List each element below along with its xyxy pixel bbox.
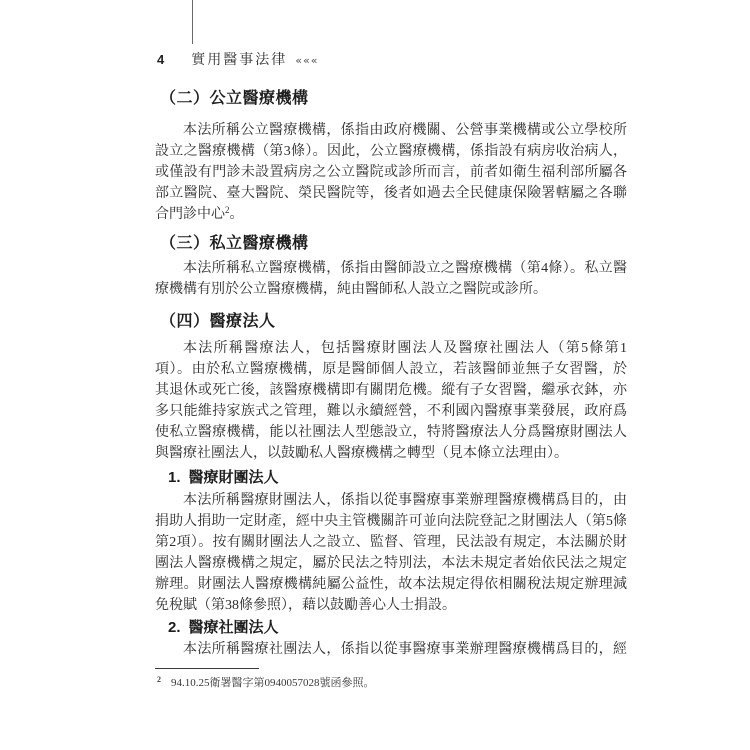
paragraph-line: 其退休或死亡後，該醫療機構即有關閉危機。縱有子女習醫，繼承衣鉢，亦 — [155, 380, 627, 401]
paragraph-line: 捐助人捐助一定財產，經中央主管機關許可並向法院登記之財團法人（第5條 — [155, 511, 627, 532]
paragraph-line: 部立醫院、臺大醫院、榮民醫院等，後者如過去全民健康保險署轄屬之各聯 — [155, 183, 627, 204]
paragraph-line: 本法所稱醫療財團法人，係指以從事醫療事業辦理醫療機構爲目的，由 — [155, 490, 627, 511]
paragraph-medical-legal-persons: 本法所稱醫療法人，包括醫療財團法人及醫療社團法人（第5條第1 項）。由於私立醫療… — [155, 338, 627, 464]
paragraph-line: 本法所稱醫療法人，包括醫療財團法人及醫療社團法人（第5條第1 — [155, 338, 627, 359]
subsection-title: 醫療財團法人 — [189, 469, 279, 486]
paragraph-line: 辦理。財團法人醫療機構純屬公益性，故本法規定得依相關稅法規定辦理減 — [155, 574, 627, 595]
paragraph-public-institutions: 本法所稱公立醫療機構，係指由政府機關、公營事業機構或公立學校所 設立之醫療機構（… — [155, 120, 627, 225]
line-text: 。 — [230, 207, 244, 222]
paragraph-line: 本法所稱醫療社團法人，係指以從事醫療事業辦理醫療機構爲目的，經 — [155, 639, 627, 660]
footnote-rule — [155, 668, 259, 669]
paragraph-line: 團法人醫療機構之規定，屬於民法之特別法，本法未規定者始依民法之規定 — [155, 553, 627, 574]
page-header: 4 實用醫事法律 ««« — [157, 49, 627, 69]
paragraph-line: 本法所稱私立醫療機構，係指由醫師設立之醫療機構（第4條）。私立醫 — [155, 258, 627, 279]
section-heading-medical-legal-persons: （四）醫療法人 — [160, 311, 627, 333]
book-title: 實用醫事法律 — [191, 49, 287, 69]
paragraph-line: 或僅設有門診未設置病房之公立醫院或診所而言，前者如衛生福利部所屬各 — [155, 162, 627, 183]
section-heading-public-institutions: （二）公立醫療機構 — [160, 88, 627, 110]
footnote: 294.10.25衛署醫字第0940057028號函參照。 — [157, 674, 375, 690]
crop-mark — [192, 0, 193, 44]
paragraph-line: 項）。由於私立醫療機構，原是醫師個人設立，若該醫師並無子女習醫，於 — [155, 359, 627, 380]
subsection-title: 醫療社團法人 — [189, 619, 279, 636]
paragraph-line: 合門診中心2。 — [155, 204, 627, 225]
book-page: { "header": { "page_number": "4", "book_… — [0, 0, 750, 750]
paragraph-line: 使私立醫療機構，能以社團法人型態設立，特將醫療法人分爲醫療財團法人 — [155, 422, 627, 443]
paragraph-line: 免稅賦（第38條參照），藉以鼓勵善心人士捐設。 — [155, 595, 627, 616]
subsection-number: 2. — [168, 619, 181, 636]
footnote-marker: 2 — [157, 675, 161, 684]
page-number: 4 — [157, 52, 164, 67]
paragraph-line: 設立之醫療機構（第3條）。因此，公立醫療機構，係指設有病房收治病人， — [155, 141, 627, 162]
line-text: 合門診中心 — [155, 207, 225, 222]
paragraph-private-institutions: 本法所稱私立醫療機構，係指由醫師設立之醫療機構（第4條）。私立醫 療機構有別於公… — [155, 258, 627, 300]
section-heading-private-institutions: （三）私立醫療機構 — [160, 233, 627, 255]
subsection-heading-medical-foundation: 1.醫療財團法人 — [168, 467, 627, 488]
paragraph-line: 第2項）。按有關財團法人之設立、監督、管理，民法設有規定，本法關於財 — [155, 532, 627, 553]
paragraph-line: 本法所稱公立醫療機構，係指由政府機關、公營事業機構或公立學校所 — [155, 120, 627, 141]
subsection-heading-medical-corporation: 2.醫療社團法人 — [168, 617, 627, 638]
page-content: （二）公立醫療機構 本法所稱公立醫療機構，係指由政府機關、公營事業機構或公立學校… — [155, 88, 627, 660]
paragraph-medical-corporation: 本法所稱醫療社團法人，係指以從事醫療事業辦理醫療機構爲目的，經 — [155, 639, 627, 660]
paragraph-line: 療機構有別於公立醫療機構，純由醫師私人設立之醫院或診所。 — [155, 279, 627, 300]
subsection-number: 1. — [168, 469, 181, 486]
paragraph-line: 與醫療社團法人，以鼓勵私人醫療機構之轉型（見本條立法理由）。 — [155, 443, 627, 464]
paragraph-line: 多只能維持家族式之管理，難以永續經營，不利國內醫療事業發展，政府爲 — [155, 401, 627, 422]
paragraph-medical-foundation: 本法所稱醫療財團法人，係指以從事醫療事業辦理醫療機構爲目的，由 捐助人捐助一定財… — [155, 490, 627, 616]
footnote-text: 94.10.25衛署醫字第0940057028號函參照。 — [171, 677, 375, 689]
header-chevrons: ««« — [295, 54, 318, 67]
